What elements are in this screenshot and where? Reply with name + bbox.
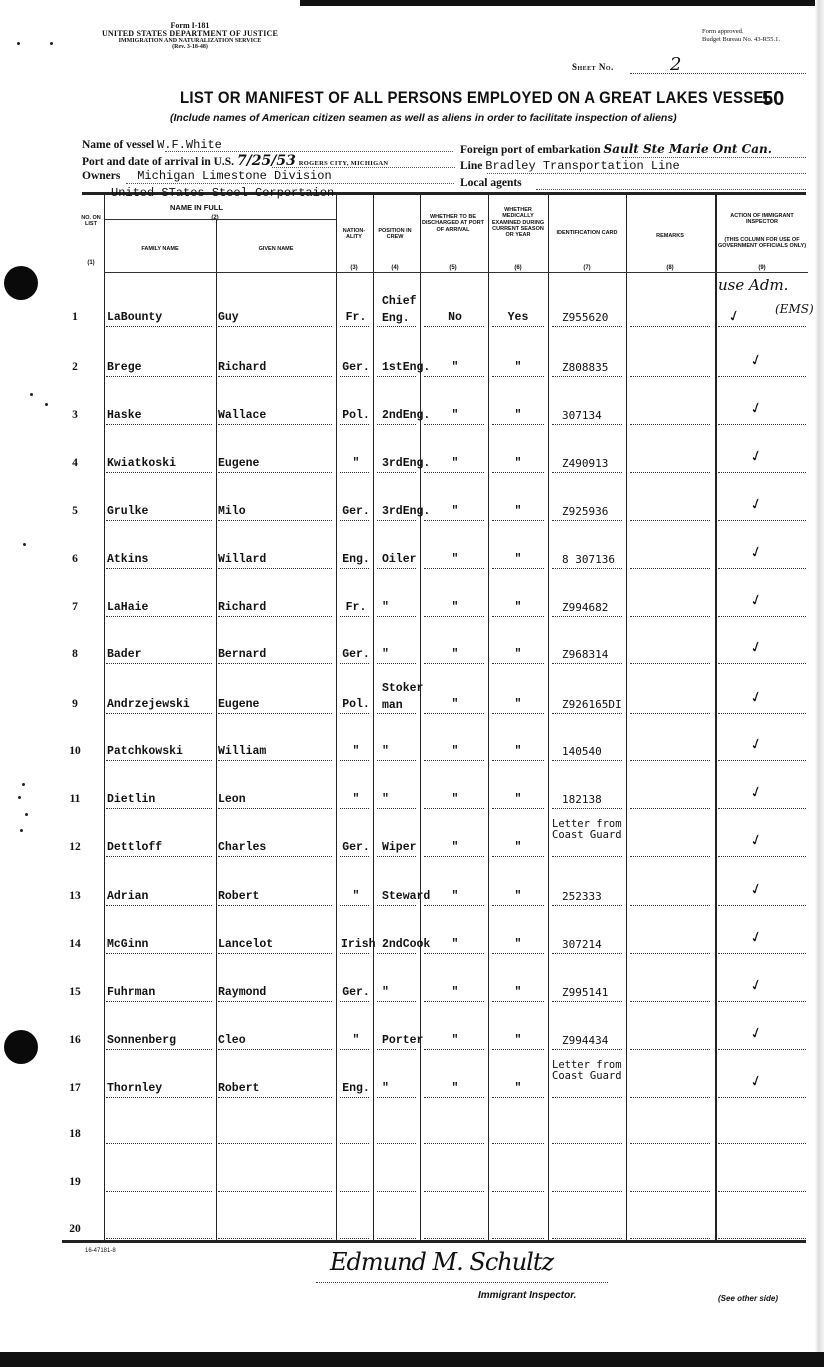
header-discharged: WHETHER TO BE DISCHARGED AT PORT OF ARRI… bbox=[420, 214, 486, 233]
cell-family: Fuhrman bbox=[107, 986, 155, 999]
dotted-underline bbox=[552, 760, 622, 761]
column-number: (5) bbox=[420, 265, 486, 271]
dotted-underline bbox=[552, 1238, 622, 1239]
embarkation-label: Foreign port of embarkation bbox=[460, 144, 601, 156]
column-number: (9) bbox=[716, 265, 808, 271]
dotted-underline bbox=[377, 1049, 416, 1050]
table-row: 3HaskeWallacePol.2ndEng.""307134✓ bbox=[0, 391, 824, 437]
header-inspector-action-note: (THIS COLUMN FOR USE OF GOVERNMENT OFFIC… bbox=[716, 237, 808, 250]
dotted-underline bbox=[630, 1097, 710, 1098]
dotted-underline bbox=[552, 856, 622, 857]
dotted-underline bbox=[424, 472, 484, 473]
cell-position: " bbox=[382, 1082, 389, 1095]
dotted-underline bbox=[718, 713, 806, 714]
dotted-underline bbox=[377, 616, 416, 617]
cell-id: 252333 bbox=[562, 890, 602, 903]
row-number: 2 bbox=[60, 361, 90, 373]
dotted-underline bbox=[106, 616, 212, 617]
cell-given: Robert bbox=[218, 1082, 259, 1095]
cell-family: LaHaie bbox=[107, 601, 148, 614]
owners-label: Owners bbox=[82, 170, 120, 182]
dotted-underline bbox=[552, 1001, 622, 1002]
dotted-underline bbox=[630, 326, 710, 327]
cell-discharged: " bbox=[424, 986, 486, 999]
dotted-underline bbox=[718, 663, 806, 664]
dotted-underline bbox=[492, 616, 544, 617]
sheet-underline bbox=[630, 73, 806, 74]
dotted-underline bbox=[630, 713, 710, 714]
dotted-underline bbox=[536, 189, 806, 190]
form-identifier: Form I-181 UNITED STATES DEPARTMENT OF J… bbox=[80, 22, 300, 50]
dotted-underline bbox=[218, 953, 332, 954]
dotted-underline bbox=[492, 856, 544, 857]
table-row: 9AndrzejewskiEugenePol.Stoker man""Z9261… bbox=[0, 680, 824, 726]
dotted-underline bbox=[377, 1143, 416, 1144]
cell-nationality: Pol. bbox=[341, 409, 371, 422]
dotted-underline bbox=[552, 1049, 622, 1050]
signature-line bbox=[316, 1282, 608, 1283]
dotted-underline bbox=[424, 1001, 484, 1002]
dotted-underline bbox=[630, 568, 710, 569]
vessel-name-value: W.F.White bbox=[157, 138, 222, 152]
table-row: 1LaBountyGuyFr.Chief Eng.NoYesZ955620✓ bbox=[0, 293, 824, 339]
agents-field: Local agents bbox=[460, 176, 522, 190]
column-number: (2) bbox=[200, 215, 230, 221]
dotted-underline bbox=[552, 713, 622, 714]
table-row: 15FuhrmanRaymondGer."""Z995141✓ bbox=[0, 968, 824, 1014]
inspector-signature: Edmund M. Schultz bbox=[330, 1248, 553, 1276]
inspector-note: use Adm. bbox=[718, 276, 788, 294]
dotted-underline bbox=[424, 424, 484, 425]
table-row: 12DettloffCharlesGer.Wiper""Letter from … bbox=[0, 823, 824, 869]
cell-given: Richard bbox=[218, 601, 266, 614]
dotted-underline bbox=[377, 1191, 416, 1192]
cell-medical: " bbox=[490, 1082, 546, 1095]
dotted-underline bbox=[340, 472, 369, 473]
dotted-underline bbox=[630, 424, 710, 425]
dotted-underline bbox=[106, 760, 212, 761]
dotted-underline bbox=[272, 167, 455, 168]
cell-medical: " bbox=[490, 841, 546, 854]
page-subtitle: (Include names of American citizen seame… bbox=[170, 112, 677, 124]
cell-discharged: " bbox=[424, 1034, 486, 1047]
dotted-underline bbox=[630, 808, 710, 809]
dotted-underline bbox=[424, 1143, 484, 1144]
cell-medical: " bbox=[490, 553, 546, 566]
table-row: 6AtkinsWillardEng.Oiler""8 307136✓ bbox=[0, 535, 824, 581]
dotted-underline bbox=[218, 1191, 332, 1192]
row-number: 12 bbox=[60, 841, 90, 853]
dotted-underline bbox=[340, 1191, 369, 1192]
cell-nationality: Ger. bbox=[341, 841, 371, 854]
table-row: 7LaHaieRichardFr."""Z994682✓ bbox=[0, 583, 824, 629]
dotted-underline bbox=[424, 760, 484, 761]
cell-medical: " bbox=[490, 793, 546, 806]
dotted-underline bbox=[630, 1143, 710, 1144]
check-mark-icon: ✓ bbox=[748, 829, 766, 850]
cell-given: Robert bbox=[218, 890, 259, 903]
cell-family: LaBounty bbox=[107, 311, 162, 324]
dotted-underline bbox=[106, 376, 212, 377]
header-remarks: REMARKS bbox=[626, 233, 714, 239]
cell-id: Z925936 bbox=[562, 505, 608, 518]
check-mark-icon: ✓ bbox=[748, 541, 766, 562]
check-mark-icon: ✓ bbox=[748, 686, 766, 707]
dotted-underline bbox=[218, 376, 332, 377]
dotted-underline bbox=[718, 568, 806, 569]
cell-medical: " bbox=[490, 505, 546, 518]
cell-position: Stoker man bbox=[382, 680, 422, 714]
cell-medical: " bbox=[490, 745, 546, 758]
cell-given: Bernard bbox=[218, 648, 266, 661]
dotted-underline bbox=[630, 905, 710, 906]
cell-given: Willard bbox=[218, 553, 266, 566]
dotted-underline bbox=[218, 326, 332, 327]
dotted-underline bbox=[424, 520, 484, 521]
cell-nationality: " bbox=[341, 793, 371, 806]
dotted-underline bbox=[630, 616, 710, 617]
dotted-underline bbox=[718, 1238, 806, 1239]
table-bottom-rule bbox=[62, 1240, 806, 1243]
dotted-underline bbox=[424, 568, 484, 569]
row-number: 5 bbox=[60, 505, 90, 517]
dotted-underline bbox=[340, 376, 369, 377]
dotted-underline bbox=[340, 808, 369, 809]
cell-discharged: " bbox=[424, 698, 486, 711]
dotted-underline bbox=[492, 1001, 544, 1002]
cell-family: Sonnenberg bbox=[107, 1034, 176, 1047]
cell-nationality: Eng. bbox=[341, 1082, 371, 1095]
dotted-underline bbox=[552, 520, 622, 521]
cell-given: Charles bbox=[218, 841, 266, 854]
dotted-underline bbox=[218, 472, 332, 473]
dotted-underline bbox=[218, 616, 332, 617]
dotted-underline bbox=[106, 1097, 212, 1098]
check-mark-icon: ✓ bbox=[748, 493, 766, 514]
dotted-underline bbox=[424, 953, 484, 954]
arrival-port-value: ROGERS CITY, MICHIGAN bbox=[299, 160, 389, 167]
cell-nationality: Ger. bbox=[341, 361, 371, 374]
cell-discharged: No bbox=[424, 311, 486, 324]
cell-family: Grulke bbox=[107, 505, 148, 518]
dotted-underline bbox=[377, 905, 416, 906]
cell-nationality: Fr. bbox=[341, 601, 371, 614]
cell-discharged: " bbox=[424, 505, 486, 518]
dotted-underline bbox=[340, 953, 369, 954]
dotted-underline bbox=[424, 1097, 484, 1098]
dotted-underline bbox=[218, 1097, 332, 1098]
cell-discharged: " bbox=[424, 890, 486, 903]
cell-id: Letter from Coast Guard bbox=[552, 1060, 642, 1082]
dotted-underline bbox=[377, 808, 416, 809]
cell-nationality: Ger. bbox=[341, 648, 371, 661]
dotted-underline bbox=[552, 663, 622, 664]
cell-family: Adrian bbox=[107, 890, 148, 903]
dotted-underline bbox=[218, 905, 332, 906]
dotted-underline bbox=[552, 953, 622, 954]
dotted-underline bbox=[106, 520, 212, 521]
embarkation-value: Sault Ste Marie Ont Can. bbox=[604, 142, 772, 156]
cell-medical: " bbox=[490, 601, 546, 614]
cell-nationality: " bbox=[341, 1034, 371, 1047]
table-row: 10PatchkowskiWilliam""""140540✓ bbox=[0, 727, 824, 773]
dotted-underline bbox=[552, 1097, 622, 1098]
row-number: 15 bbox=[60, 986, 90, 998]
dotted-underline bbox=[630, 760, 710, 761]
dotted-underline bbox=[106, 856, 212, 857]
dotted-underline bbox=[424, 1238, 484, 1239]
dotted-underline bbox=[340, 1097, 369, 1098]
line-field: Line Bradley Transportation Line bbox=[460, 159, 680, 173]
cell-family: Andrzejewski bbox=[107, 698, 190, 711]
check-mark-icon: ✓ bbox=[748, 781, 766, 802]
cell-position: " bbox=[382, 648, 389, 661]
check-mark-icon: ✓ bbox=[748, 974, 766, 995]
dotted-underline bbox=[424, 905, 484, 906]
vessel-name-label: Name of vessel bbox=[82, 139, 154, 151]
dotted-underline bbox=[340, 424, 369, 425]
cell-id: Z490913 bbox=[562, 457, 608, 470]
dotted-underline bbox=[218, 856, 332, 857]
cell-discharged: " bbox=[424, 648, 486, 661]
cell-discharged: " bbox=[424, 361, 486, 374]
cell-nationality: " bbox=[341, 745, 371, 758]
dotted-underline bbox=[340, 568, 369, 569]
row-number: 11 bbox=[60, 793, 90, 805]
dotted-underline bbox=[492, 424, 544, 425]
table-row: 16SonnenbergCleo"Porter""Z994434✓ bbox=[0, 1016, 824, 1062]
cell-discharged: " bbox=[424, 745, 486, 758]
dotted-underline bbox=[424, 616, 484, 617]
dotted-underline bbox=[340, 1143, 369, 1144]
column-number: (7) bbox=[548, 265, 626, 271]
header-given-name: GIVEN NAME bbox=[216, 246, 336, 252]
page-number: 50 bbox=[762, 88, 784, 111]
dotted-underline bbox=[106, 808, 212, 809]
dotted-underline bbox=[718, 376, 806, 377]
table-row: 11DietlinLeon""""182138✓ bbox=[0, 775, 824, 821]
dotted-underline bbox=[424, 326, 484, 327]
dotted-underline bbox=[340, 1049, 369, 1050]
cell-id: Z955620 bbox=[562, 311, 608, 324]
cell-medical: " bbox=[490, 938, 546, 951]
cell-id: 8 307136 bbox=[562, 553, 615, 566]
cell-medical: " bbox=[490, 1034, 546, 1047]
cell-family: Brege bbox=[107, 361, 142, 374]
dotted-underline bbox=[630, 1001, 710, 1002]
cell-discharged: " bbox=[424, 938, 486, 951]
table-row: 8BaderBernardGer."""Z968314✓ bbox=[0, 630, 824, 676]
dotted-underline bbox=[492, 808, 544, 809]
cell-given: Cleo bbox=[218, 1034, 246, 1047]
dotted-underline bbox=[340, 760, 369, 761]
cell-given: Milo bbox=[218, 505, 246, 518]
dotted-underline bbox=[492, 713, 544, 714]
dotted-underline bbox=[718, 953, 806, 954]
dotted-underline bbox=[552, 1143, 622, 1144]
speck bbox=[50, 42, 53, 45]
dotted-underline bbox=[106, 326, 212, 327]
table-row: 5GrulkeMiloGer.3rdEng.""Z925936✓ bbox=[0, 487, 824, 533]
dotted-underline bbox=[492, 1191, 544, 1192]
check-mark-icon: ✓ bbox=[748, 926, 766, 947]
cell-discharged: " bbox=[424, 793, 486, 806]
cell-family: Atkins bbox=[107, 553, 148, 566]
dotted-underline bbox=[492, 568, 544, 569]
dotted-underline bbox=[424, 663, 484, 664]
dotted-underline bbox=[492, 905, 544, 906]
dotted-underline bbox=[492, 760, 544, 761]
dotted-underline bbox=[218, 1001, 332, 1002]
print-code: 16-47181-8 bbox=[85, 1248, 116, 1254]
check-mark-icon: ✓ bbox=[748, 349, 766, 370]
name-in-full-header: NAME IN FULL bbox=[170, 203, 223, 212]
row-number: 10 bbox=[60, 745, 90, 757]
dotted-underline bbox=[552, 326, 622, 327]
revision: (Rev. 3-18-48) bbox=[80, 44, 300, 50]
dotted-underline bbox=[552, 808, 622, 809]
dotted-underline bbox=[718, 760, 806, 761]
cell-medical: " bbox=[490, 698, 546, 711]
dotted-underline bbox=[552, 616, 622, 617]
dotted-underline bbox=[106, 713, 212, 714]
dotted-underline bbox=[377, 663, 416, 664]
dotted-underline bbox=[106, 1191, 212, 1192]
dotted-underline bbox=[630, 472, 710, 473]
cell-id: Letter from Coast Guard bbox=[552, 819, 642, 841]
dotted-underline bbox=[377, 472, 416, 473]
header-family-name: FAMILY NAME bbox=[104, 246, 216, 252]
dotted-underline bbox=[218, 568, 332, 569]
cell-medical: " bbox=[490, 890, 546, 903]
column-number: (3) bbox=[336, 265, 372, 271]
dotted-underline bbox=[424, 1049, 484, 1050]
check-mark-icon: ✓ bbox=[748, 733, 766, 754]
page-title: LIST OR MANIFEST OF ALL PERSONS EMPLOYED… bbox=[180, 88, 773, 108]
budget-bureau-number: Budget Bureau No. 43-R55.1. bbox=[702, 36, 780, 44]
table-row: 20 bbox=[0, 1205, 824, 1251]
dotted-underline bbox=[377, 856, 416, 857]
column-number: (4) bbox=[373, 265, 417, 271]
check-mark-icon: ✓ bbox=[748, 445, 766, 466]
dotted-underline bbox=[165, 151, 453, 152]
column-number: (1) bbox=[78, 260, 104, 266]
cell-family: Patchkowski bbox=[107, 745, 183, 758]
cell-nationality: " bbox=[341, 890, 371, 903]
approval-line: Form approved. bbox=[702, 28, 780, 36]
dotted-underline bbox=[340, 1238, 369, 1239]
row-number: 6 bbox=[60, 553, 90, 565]
cell-medical: " bbox=[490, 409, 546, 422]
port-date-label: Port and date of arrival in U.S. bbox=[82, 156, 234, 168]
row-number: 16 bbox=[60, 1034, 90, 1046]
cell-position: Porter bbox=[382, 1034, 423, 1047]
cell-given: Leon bbox=[218, 793, 246, 806]
dotted-underline bbox=[492, 326, 544, 327]
cell-family: Thornley bbox=[107, 1082, 162, 1095]
dotted-underline bbox=[630, 1191, 710, 1192]
dotted-underline bbox=[552, 376, 622, 377]
dotted-underline bbox=[106, 1143, 212, 1144]
dotted-underline bbox=[718, 1191, 806, 1192]
dotted-underline bbox=[340, 616, 369, 617]
cell-family: Kwiatkoski bbox=[107, 457, 176, 470]
dotted-underline bbox=[718, 1143, 806, 1144]
cell-position: " bbox=[382, 986, 389, 999]
dotted-underline bbox=[106, 1049, 212, 1050]
check-mark-icon: ✓ bbox=[726, 305, 744, 326]
dotted-underline bbox=[218, 713, 332, 714]
agents-label: Local agents bbox=[460, 177, 522, 189]
cell-given: Richard bbox=[218, 361, 266, 374]
department: UNITED STATES DEPARTMENT OF JUSTICE bbox=[80, 30, 300, 38]
dotted-underline bbox=[718, 424, 806, 425]
row-number: 1 bbox=[60, 311, 90, 323]
dotted-underline bbox=[106, 424, 212, 425]
dotted-underline bbox=[424, 713, 484, 714]
dotted-underline bbox=[718, 1097, 806, 1098]
cell-family: McGinn bbox=[107, 938, 148, 951]
check-mark-icon: ✓ bbox=[748, 1022, 766, 1043]
dotted-underline bbox=[424, 376, 484, 377]
dotted-underline bbox=[106, 1001, 212, 1002]
check-mark-icon: ✓ bbox=[748, 589, 766, 610]
dotted-underline bbox=[340, 905, 369, 906]
dotted-underline bbox=[218, 1049, 332, 1050]
dotted-underline bbox=[340, 663, 369, 664]
dotted-underline bbox=[377, 760, 416, 761]
dotted-underline bbox=[630, 1238, 710, 1239]
speck bbox=[17, 42, 20, 45]
cell-nationality: Eng. bbox=[341, 553, 371, 566]
form-approval: Form approved. Budget Bureau No. 43-R55.… bbox=[702, 28, 780, 44]
dotted-underline bbox=[424, 808, 484, 809]
dotted-underline bbox=[718, 905, 806, 906]
dotted-underline bbox=[424, 856, 484, 857]
dotted-underline bbox=[377, 1097, 416, 1098]
header-position: POSITION IN CREW bbox=[373, 228, 417, 241]
cell-position: " bbox=[382, 745, 389, 758]
dotted-underline bbox=[718, 808, 806, 809]
cell-position: Wiper bbox=[382, 841, 417, 854]
dotted-underline bbox=[377, 376, 416, 377]
cell-id: Z808835 bbox=[562, 361, 608, 374]
dotted-underline bbox=[630, 953, 710, 954]
dotted-underline bbox=[492, 1143, 544, 1144]
scan-border-top bbox=[300, 0, 824, 6]
dotted-underline bbox=[106, 1238, 212, 1239]
column-number: (6) bbox=[488, 265, 548, 271]
cell-discharged: " bbox=[424, 1082, 486, 1095]
dotted-underline bbox=[424, 1191, 484, 1192]
cell-nationality: " bbox=[341, 457, 371, 470]
row-number: 4 bbox=[60, 457, 90, 469]
cell-nationality: Pol. bbox=[341, 698, 371, 711]
dotted-underline bbox=[340, 1001, 369, 1002]
dotted-underline bbox=[377, 424, 416, 425]
cell-medical: " bbox=[490, 361, 546, 374]
dotted-underline bbox=[630, 520, 710, 521]
cell-nationality: Irish bbox=[341, 938, 371, 951]
dotted-underline bbox=[377, 953, 416, 954]
dotted-underline bbox=[718, 856, 806, 857]
dotted-underline bbox=[377, 1001, 416, 1002]
cell-given: William bbox=[218, 745, 266, 758]
dotted-underline bbox=[106, 568, 212, 569]
owners-value-continued: United STates Steel Corportaion bbox=[111, 186, 334, 200]
dotted-underline bbox=[377, 568, 416, 569]
cell-given: Eugene bbox=[218, 457, 259, 470]
